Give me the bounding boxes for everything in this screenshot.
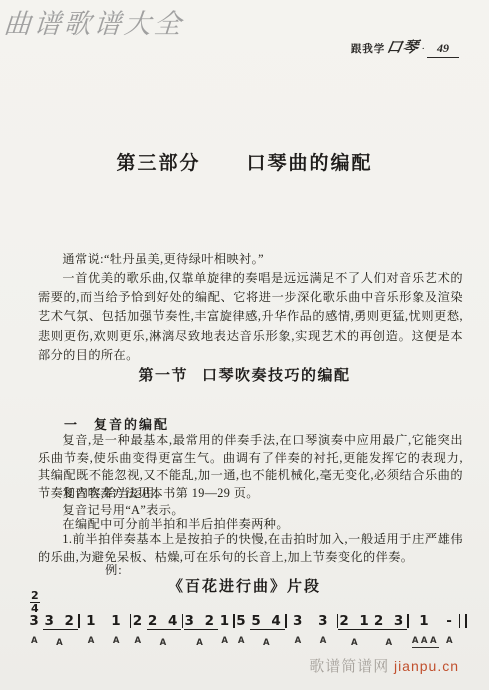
score-title: 《百花进行曲》片段 bbox=[0, 575, 489, 596]
final-barline bbox=[459, 614, 467, 628]
watermark-domain: jianpu.cn bbox=[394, 658, 459, 674]
note-group: 2 3 bbox=[373, 614, 408, 630]
fuyin-mark: A bbox=[446, 637, 455, 646]
measure: 2 1A2 3A bbox=[338, 614, 407, 648]
fuyin-mark: A bbox=[160, 639, 169, 648]
note-group: 3 bbox=[28, 614, 42, 628]
fuyin-mark: A bbox=[113, 637, 122, 646]
measure: 1AAA-A bbox=[409, 614, 459, 648]
note-slot: -A bbox=[445, 614, 456, 646]
measure: 1A1A bbox=[80, 614, 130, 646]
note-slot: 5 4A bbox=[250, 614, 285, 648]
note-group: 2 bbox=[132, 614, 146, 628]
subsection-title: 一 复音的编配 bbox=[38, 414, 169, 433]
note-group: 3 2 bbox=[43, 614, 78, 630]
part-label: 第三部分 bbox=[116, 153, 200, 174]
part-title-text: 口琴曲的编配 bbox=[247, 153, 373, 174]
measure: 2A2 4A bbox=[131, 614, 181, 648]
running-head-prefix: 跟我学 bbox=[351, 41, 386, 56]
section-title: 第一节口琴吹奏技巧的编配 bbox=[0, 364, 489, 385]
fuyin-mark: A bbox=[88, 637, 97, 646]
fuyin-mark: A bbox=[263, 639, 272, 648]
fuyin-mark: A bbox=[56, 639, 65, 648]
time-signature: 2 4 bbox=[30, 591, 40, 614]
note-group: 5 bbox=[235, 614, 249, 628]
note-slot: 3 2A bbox=[43, 614, 78, 648]
running-head-separator: · bbox=[421, 43, 425, 55]
fuyin-mark: A bbox=[351, 639, 360, 648]
part-title: 第三部分口琴曲的编配 bbox=[0, 148, 489, 175]
section-label: 第一节 bbox=[138, 368, 188, 384]
fuyin-mark: A bbox=[196, 639, 205, 648]
note-group: 3 2 bbox=[184, 614, 219, 630]
fuyin-mark: A bbox=[295, 637, 304, 646]
note-slot: 1A bbox=[219, 614, 233, 646]
note-slot: 3A bbox=[292, 614, 306, 646]
measure: 5A5 4A bbox=[235, 614, 285, 648]
note-slot: 1A bbox=[110, 614, 124, 646]
note-slot: 2 1A bbox=[338, 614, 373, 648]
fuyin-mark: AAA bbox=[412, 637, 439, 648]
watermark-site-name: 歌谱简谱网 bbox=[309, 659, 389, 675]
watermark: 歌谱简谱网 jianpu.cn bbox=[309, 655, 459, 676]
notation-row: 3A3 2A1A1A2A2 4A3 2A1A5A5 4A3A3A2 1A2 3A… bbox=[28, 614, 467, 648]
note-group: 1 bbox=[418, 614, 432, 628]
intro-paragraph-2: 一首优美的歌乐曲,仅靠单旋律的奏唱是远远满足不了人们对音乐艺术的需要的,而当给予… bbox=[38, 269, 463, 365]
note-slot: 1AAA bbox=[412, 614, 439, 648]
site-title: 曲谱歌谱大全 bbox=[3, 2, 186, 41]
fuyin-mark: A bbox=[134, 637, 143, 646]
harmonica-logo: 口琴 bbox=[385, 36, 421, 57]
measure: 3A3A bbox=[287, 614, 337, 646]
section-title-text: 口琴吹奏技巧的编配 bbox=[202, 368, 351, 384]
intro-paragraph-1: 通常说:“牡丹虽美,更待绿叶相映衬。” bbox=[38, 250, 463, 269]
note-group: - bbox=[445, 614, 456, 628]
note-slot: 1A bbox=[85, 614, 99, 646]
note-group: 1 bbox=[85, 614, 99, 628]
note-slot: 2 4A bbox=[147, 614, 182, 648]
fuyin-mark: A bbox=[238, 637, 247, 646]
running-head: 跟我学 口琴 · 49 bbox=[351, 36, 459, 58]
note-slot: 3 2A bbox=[184, 614, 219, 648]
fuyin-mark: A bbox=[221, 637, 230, 646]
fuyin-mark: A bbox=[386, 639, 395, 648]
note-slot: 3A bbox=[317, 614, 331, 646]
note-group: 2 1 bbox=[338, 614, 373, 630]
note-group: 1 bbox=[219, 614, 233, 628]
note-group: 2 4 bbox=[147, 614, 182, 630]
page-number: 49 bbox=[427, 41, 459, 58]
note-slot: 5A bbox=[235, 614, 249, 646]
note-slot: 2A bbox=[132, 614, 146, 646]
fuyin-mark: A bbox=[31, 637, 40, 646]
note-slot: 3A bbox=[28, 614, 42, 646]
note-group: 3 bbox=[292, 614, 306, 628]
note-group: 3 bbox=[317, 614, 331, 628]
measure: 3A3 2A bbox=[28, 614, 78, 648]
note-group: 1 bbox=[110, 614, 124, 628]
note-slot: 2 3A bbox=[373, 614, 408, 648]
measure: 3 2A1A bbox=[183, 614, 233, 648]
subsection-title-text: 一 复音的编配 bbox=[64, 417, 169, 432]
fuyin-mark: A bbox=[320, 637, 329, 646]
note-group: 5 4 bbox=[250, 614, 285, 630]
scanned-book-page: 曲谱歌谱大全 跟我学 口琴 · 49 第三部分口琴曲的编配 通常说:“牡丹虽美,… bbox=[0, 0, 489, 690]
